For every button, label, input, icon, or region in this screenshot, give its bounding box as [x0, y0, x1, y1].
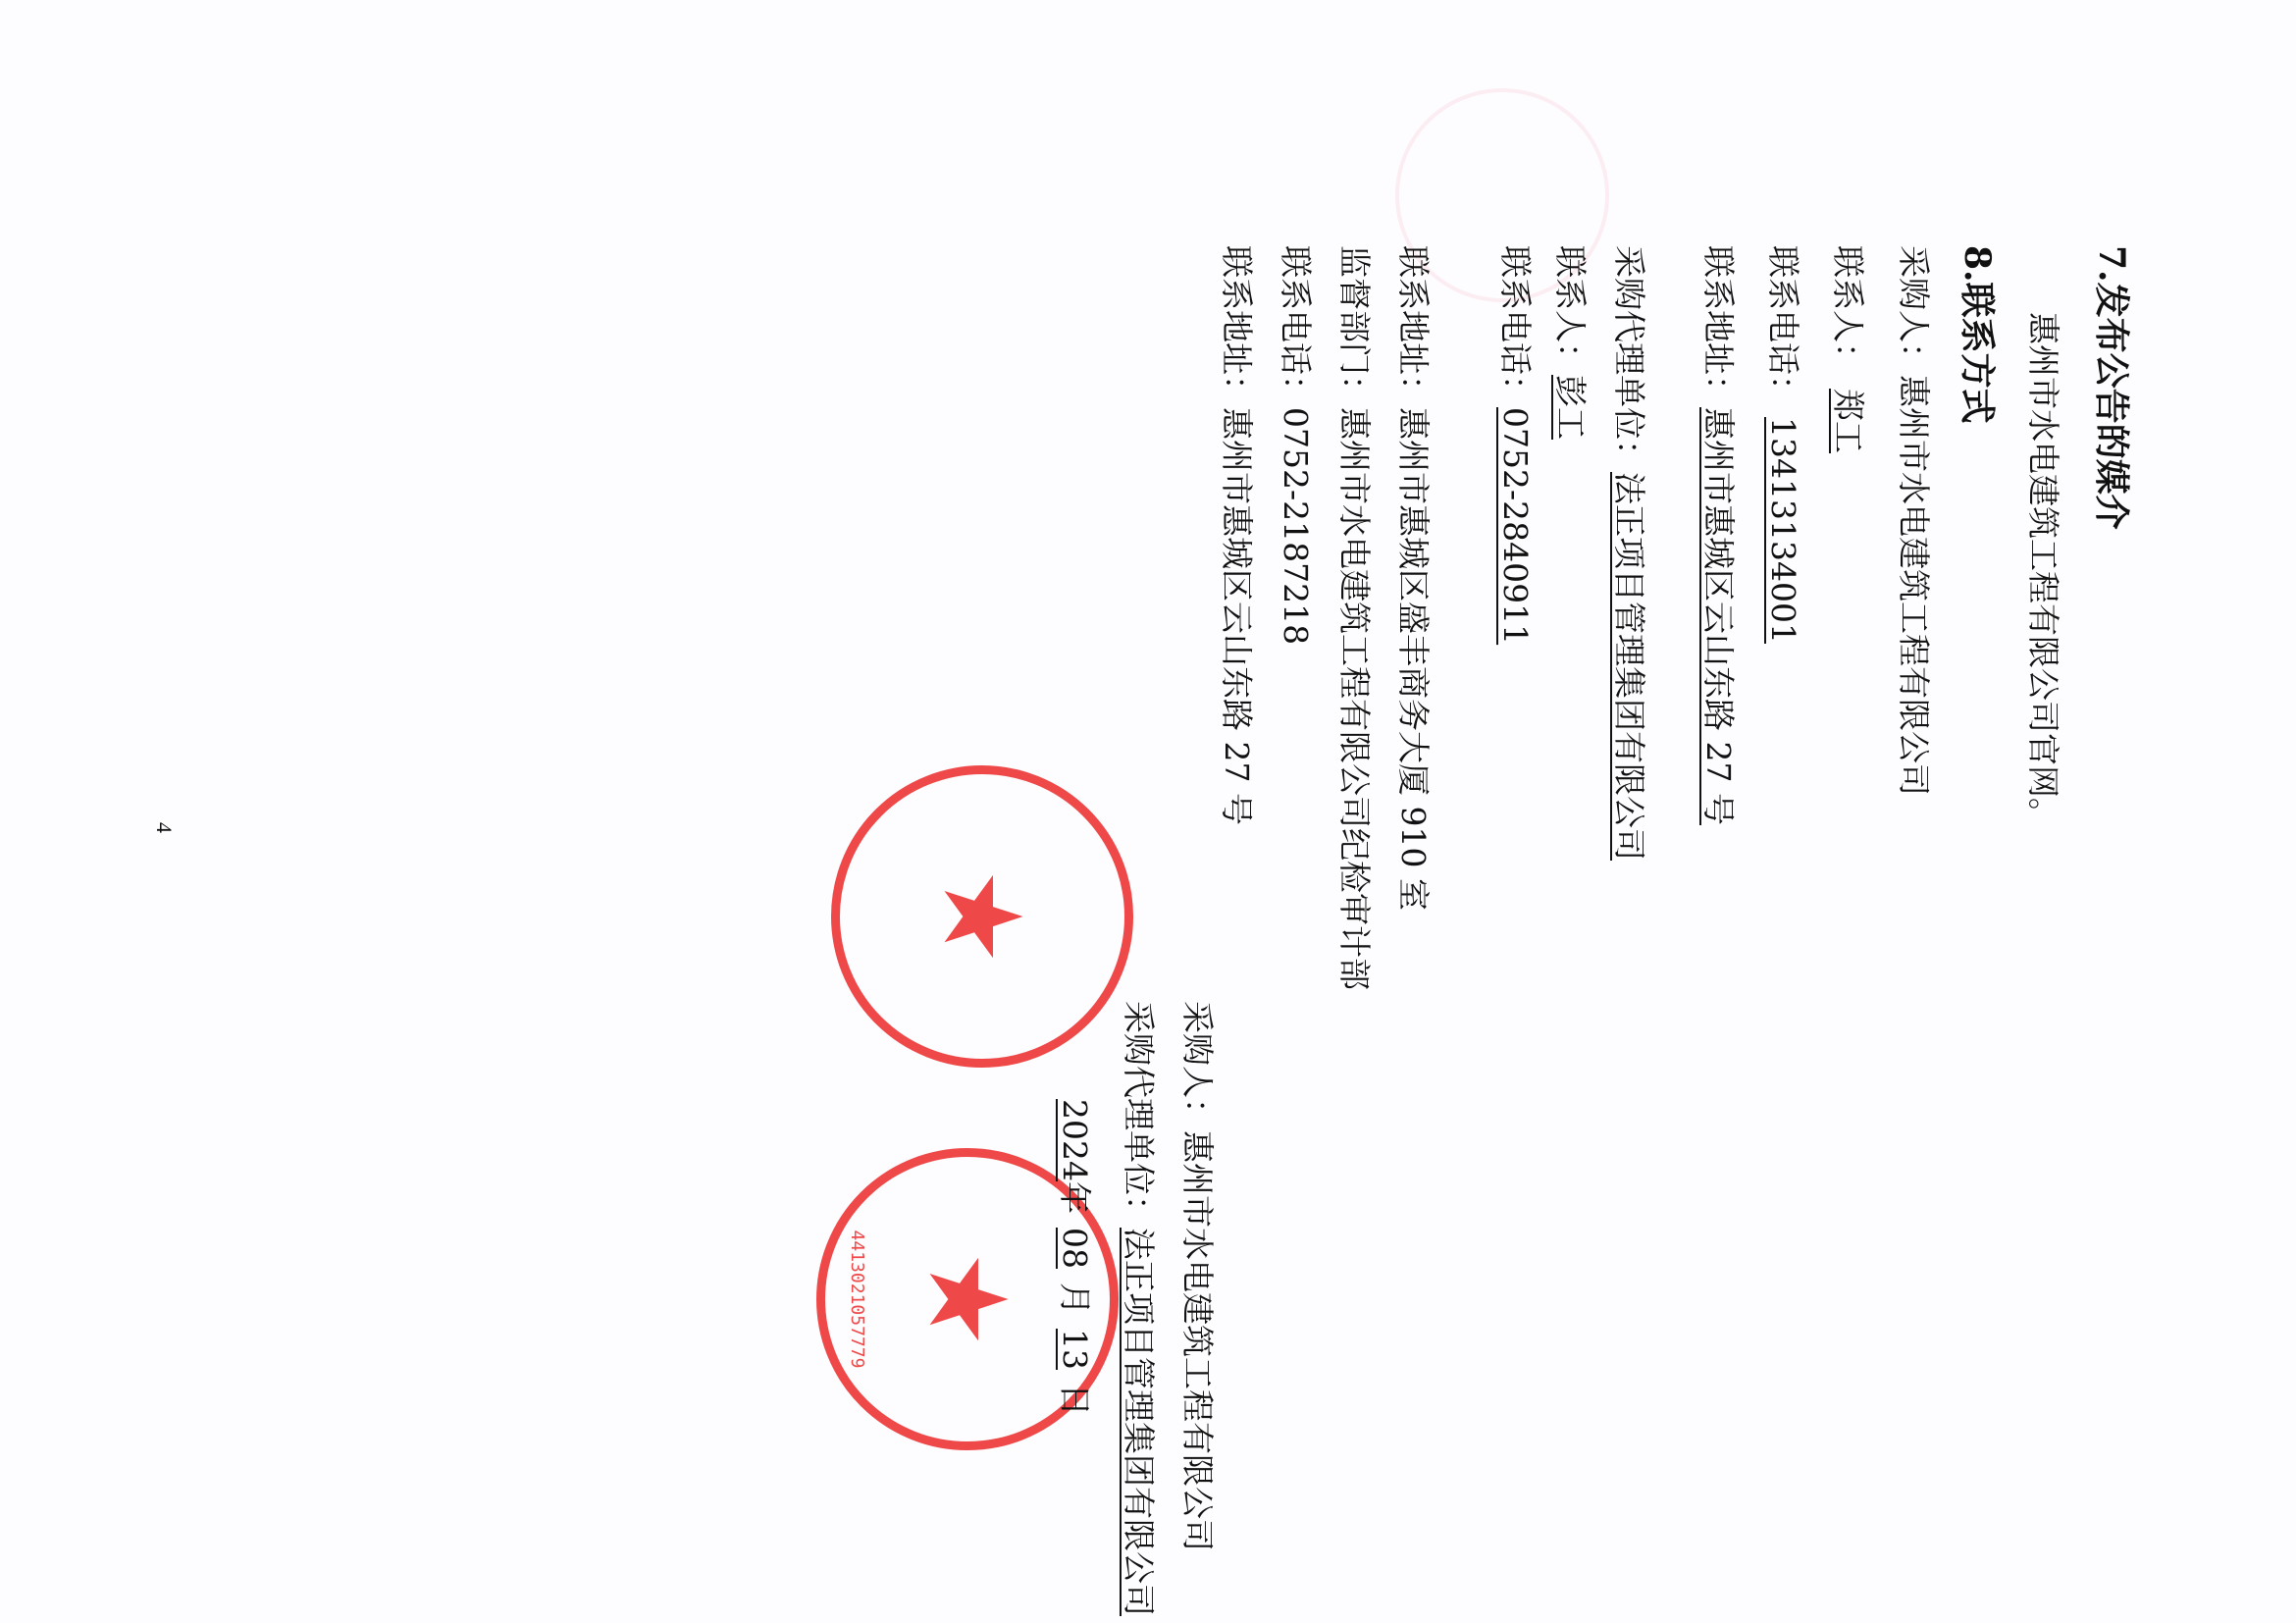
date-day-unit: 日	[1056, 1384, 1094, 1416]
section-7-content: 惠州市水电建筑工程有限公司官网。	[2023, 312, 2062, 830]
star-icon: ★	[913, 1251, 1021, 1348]
purchaser-company-seal: ★	[831, 765, 1133, 1068]
purchaser-phone-label: 联系电话：	[1764, 245, 1802, 407]
signature-purchaser-value: 惠州市水电建筑工程有限公司	[1178, 1130, 1217, 1551]
agency-contact-row: 联系人：彭工	[1550, 245, 1590, 440]
supervisor-label: 监督部门：	[1335, 245, 1374, 407]
date-year: 2024	[1056, 1079, 1094, 1181]
agency-phone-row: 联系电话：0752-2840911	[1495, 245, 1535, 645]
date-month: 08	[1056, 1214, 1094, 1283]
supervisor-phone-label: 联系电话：	[1277, 245, 1315, 407]
agency-phone-value: 0752-2840911	[1496, 407, 1535, 645]
purchaser-address-row: 联系地址：惠州市惠城区云山东路 27 号	[1698, 245, 1738, 825]
agency-contact-label: 联系人：	[1551, 245, 1590, 375]
supervisor-phone-value: 0752-2187218	[1277, 407, 1315, 645]
purchaser-row: 采购人：惠州市水电建筑工程有限公司	[1894, 245, 1933, 796]
agency-row: 采购代理单位：法正项目管理集团有限公司	[1609, 245, 1648, 861]
agency-label: 采购代理单位：	[1610, 245, 1648, 472]
signature-agency-row: 采购代理单位：法正项目管理集团有限公司	[1119, 1001, 1158, 1616]
document-page: 7.发布公告的媒介 惠州市水电建筑工程有限公司官网。 8.联系方式 采购人：惠州…	[0, 0, 2296, 1623]
purchaser-address-label: 联系地址：	[1699, 245, 1738, 407]
purchaser-contact-row: 联系人：郑工	[1828, 245, 1867, 467]
purchaser-phone-row: 联系电话：13413134001	[1763, 245, 1802, 644]
signature-purchaser-label: 采购人：	[1178, 1001, 1217, 1130]
agency-address-value: 惠州市惠城区盛丰商务大厦 910 室	[1394, 407, 1433, 911]
supervisor-address-label: 联系地址：	[1218, 245, 1256, 407]
agency-phone-label: 联系电话：	[1496, 245, 1535, 407]
agency-contact-value: 彭工	[1551, 375, 1590, 440]
section-7-heading: 7.发布公告的媒介	[2092, 245, 2131, 530]
agency-value: 法正项目管理集团有限公司	[1610, 472, 1648, 861]
purchaser-contact-value: 郑工	[1829, 375, 1867, 467]
purchaser-label: 采购人：	[1895, 245, 1933, 375]
star-icon: ★	[928, 868, 1036, 966]
signature-agency-label: 采购代理单位：	[1120, 1001, 1158, 1228]
signature-purchaser-row: 采购人：惠州市水电建筑工程有限公司	[1177, 1001, 1217, 1551]
purchaser-phone-value: 13413134001	[1764, 407, 1802, 644]
purchaser-contact-label: 联系人：	[1829, 245, 1867, 375]
date-month-unit: 月	[1056, 1283, 1094, 1315]
signature-date: 2024年08月13日	[1055, 1079, 1094, 1416]
signature-agency-value: 法正项目管理集团有限公司	[1120, 1228, 1158, 1616]
date-day: 13	[1056, 1315, 1094, 1384]
supervisor-address-value: 惠州市惠城区云山东路 27 号	[1218, 407, 1256, 825]
supervisor-value: 惠州市水电建筑工程有限公司纪检审计部	[1335, 407, 1374, 990]
purchaser-address-value: 惠州市惠城区云山东路 27 号	[1699, 407, 1738, 825]
supervisor-address-row: 联系地址：惠州市惠城区云山东路 27 号	[1217, 245, 1256, 825]
supervisor-phone-row: 联系电话：0752-2187218	[1276, 245, 1315, 645]
section-8-heading: 8.联系方式	[1957, 245, 1997, 424]
agency-address-label: 联系地址：	[1394, 245, 1433, 407]
agency-address-row: 联系地址：惠州市惠城区盛丰商务大厦 910 室	[1393, 245, 1433, 911]
seal-code: 4413021057779	[847, 1157, 867, 1441]
page-number: 4	[151, 822, 177, 833]
supervisor-row: 监督部门：惠州市水电建筑工程有限公司纪检审计部	[1334, 245, 1374, 990]
purchaser-value: 惠州市水电建筑工程有限公司	[1895, 375, 1933, 796]
date-year-unit: 年	[1056, 1181, 1094, 1214]
